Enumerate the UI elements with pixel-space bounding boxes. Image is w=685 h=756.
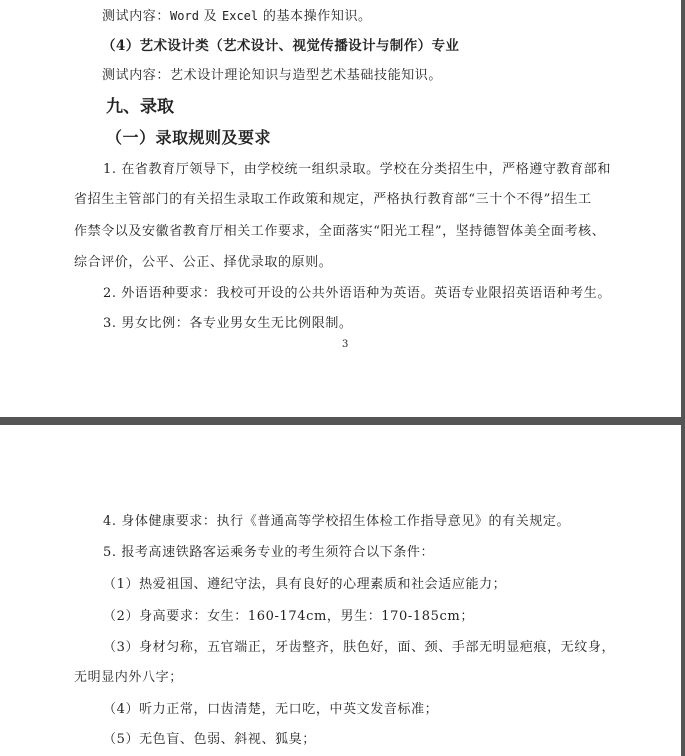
- label-prefix: 测试内容：: [102, 9, 170, 24]
- page-number: 3: [342, 339, 348, 351]
- test-content-computer: 测试内容：Word 及 Excel 的基本操作知识。: [102, 6, 372, 27]
- section-heading: 九、录取: [106, 95, 174, 119]
- condition-1: （1）热爱祖国、遵纪守法，具有良好的心理素质和社会适应能力；: [103, 575, 506, 595]
- condition-2: （2）身高要求：女生：160-174cm，男生：170-185cm；: [103, 607, 474, 627]
- word-term: Word: [170, 9, 199, 23]
- condition-3-line-2: 无明显内外八字；: [74, 668, 183, 688]
- rule-5: 5. 报考高速铁路客运乘务专业的考生须符合以下条件：: [103, 543, 434, 563]
- document-page-4: 4. 身体健康要求：执行《普通高等学校招生体检工作指导意见》的有关规定。 5. …: [0, 425, 681, 756]
- viewer-right-border: [681, 0, 685, 756]
- rule-1-line-2: 省招生主管部门的有关招生录取工作政策和规定，严格执行教育部“三十个不得”招生工: [74, 190, 592, 210]
- label-suffix: 的基本操作知识。: [258, 9, 372, 24]
- excel-term: Excel: [222, 9, 258, 23]
- rule-1-line-1: 1. 在省教育厅领导下，由学校统一组织录取。学校在分类招生中，严格遵守教育部和: [103, 160, 611, 180]
- rule-1-line-3: 作禁令以及安徽省教育厅相关工作要求，全面落实“阳光工程”，坚持德智体美全面考核、: [74, 222, 605, 242]
- page-separator: [0, 417, 685, 425]
- rule-4: 4. 身体健康要求：执行《普通高等学校招生体检工作指导意见》的有关规定。: [103, 512, 570, 532]
- art-major-heading: （4）艺术设计类（艺术设计、视觉传播设计与制作）专业: [102, 36, 459, 56]
- subsection-heading: （一）录取规则及要求: [106, 126, 271, 150]
- condition-4: （4）听力正常，口齿清楚，无口吃，中英文发音标准；: [103, 700, 438, 720]
- conjunction: 及: [199, 9, 222, 24]
- test-content-art: 测试内容：艺术设计理论知识与造型艺术基础技能知识。: [102, 66, 442, 86]
- condition-3-line-1: （3）身材匀称，五官端正，牙齿整齐，肤色好，面、颈、手部无明显疤痕，无纹身，: [103, 638, 615, 658]
- rule-1-line-4: 综合评价，公平、公正、择优录取的原则。: [74, 253, 332, 273]
- rule-2: 2. 外语语种要求：我校可开设的公共外语语种为英语。英语专业限招英语语种考生。: [103, 284, 611, 304]
- rule-3: 3. 男女比例：各专业男女生无比例限制。: [103, 314, 353, 334]
- condition-5: （5）无色盲、色弱、斜视、狐臭；: [103, 730, 316, 750]
- document-page-3: 测试内容：Word 及 Excel 的基本操作知识。 （4）艺术设计类（艺术设计…: [0, 0, 681, 417]
